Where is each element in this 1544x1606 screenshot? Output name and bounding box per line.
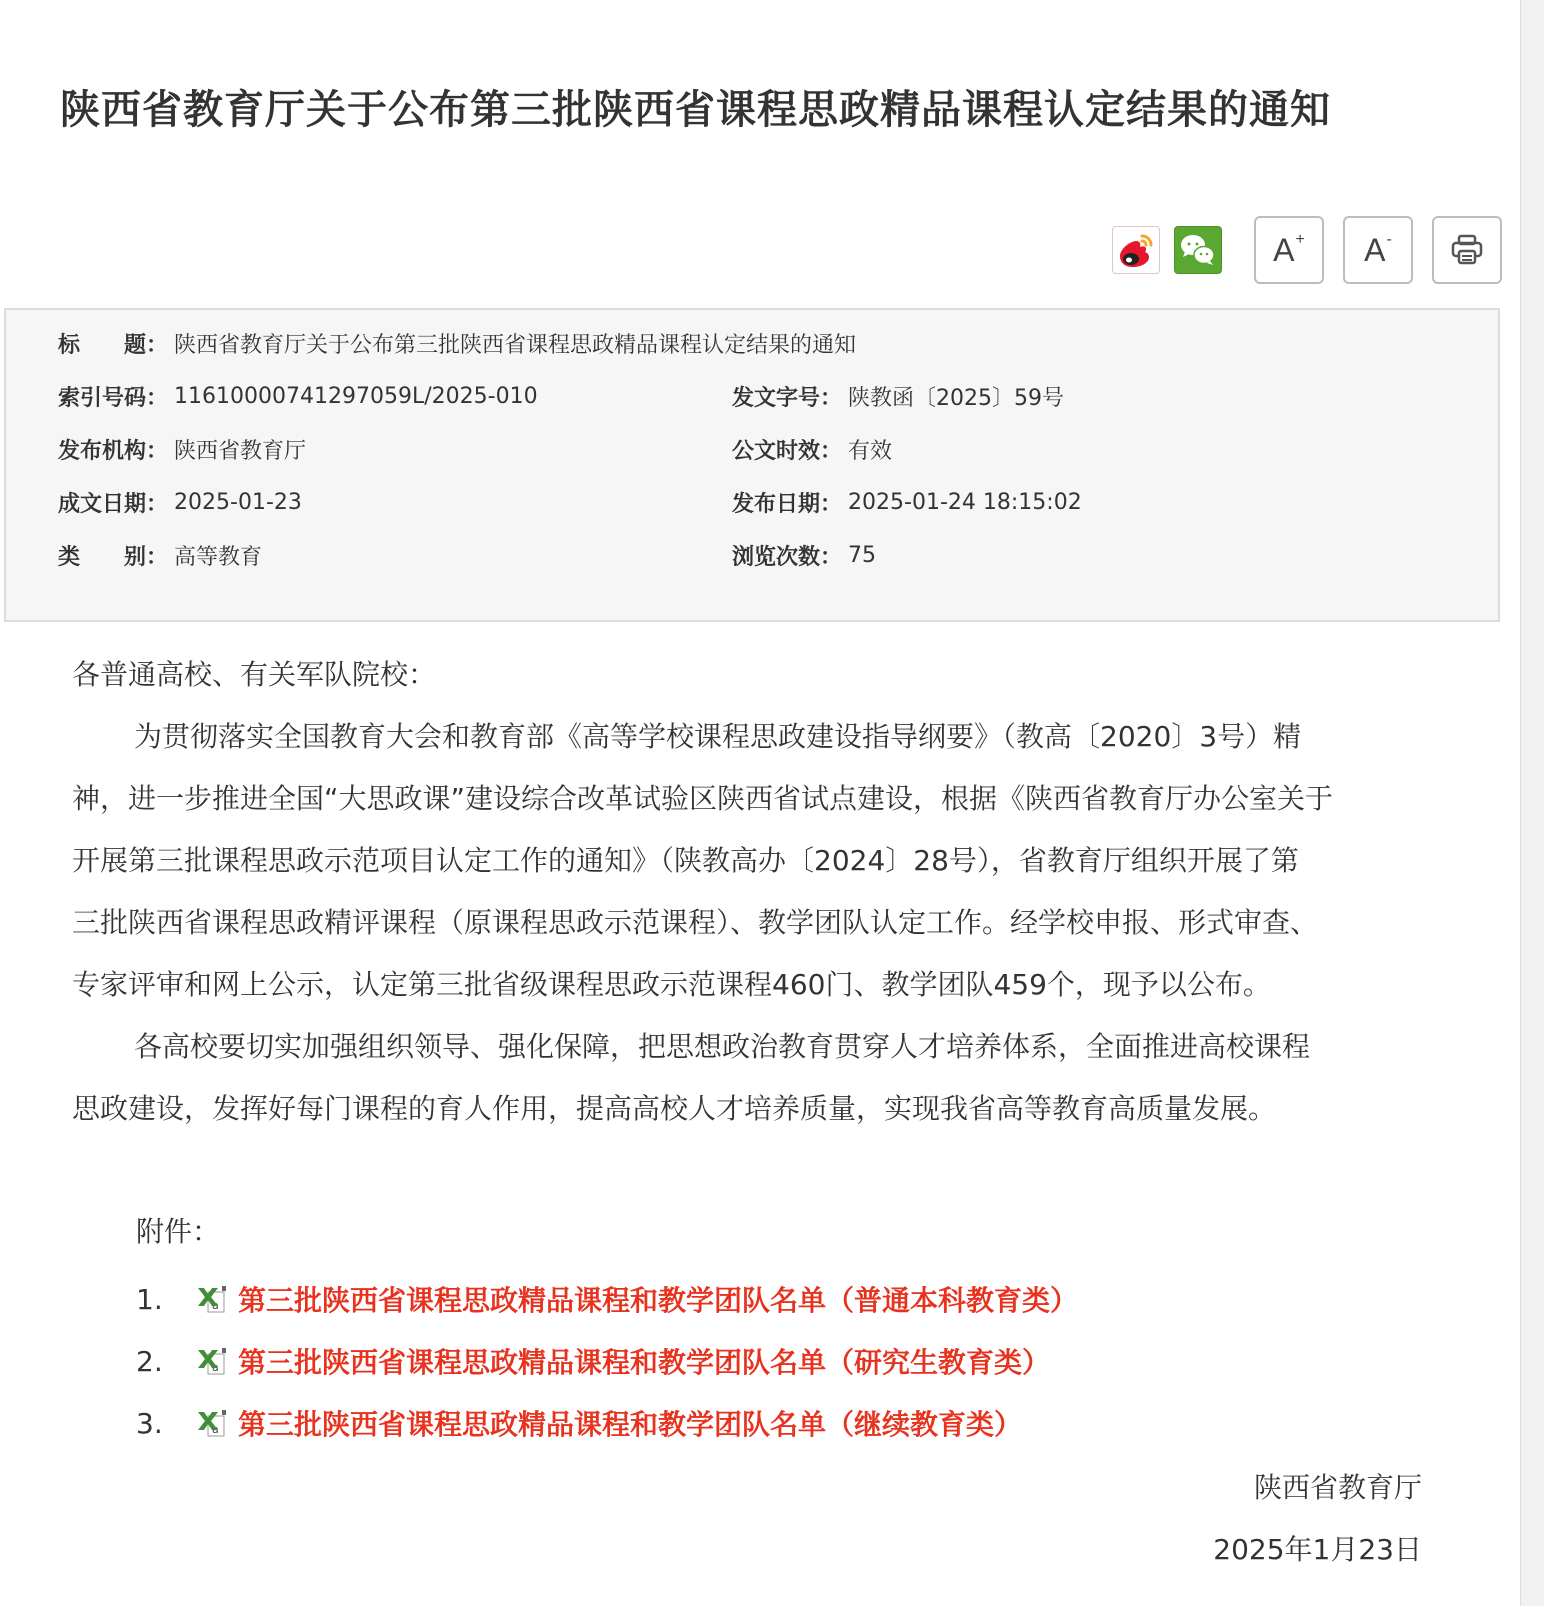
attachment-number: 2.: [136, 1345, 196, 1378]
meta-index-label: 索引号码: [58, 381, 146, 412]
excel-file-icon: a: [196, 1284, 228, 1314]
document-metadata-panel: 标 题：陕西省教育厅关于公布第三批陕西省课程思政精品课程认定结果的通知 索引号码…: [4, 308, 1500, 622]
meta-title-label: 标 题: [58, 328, 146, 359]
meta-colon: ：: [146, 487, 168, 518]
meta-colon: ：: [820, 540, 842, 571]
attachments-list: 1. a 第三批陕西省课程思政精品课程和教学团队名单（普通本科教育类） 2. a: [136, 1268, 1078, 1454]
excel-file-icon: a: [196, 1346, 228, 1376]
excel-file-icon: a: [196, 1408, 228, 1438]
meta-written-date-label: 成文日期: [58, 487, 146, 518]
font-increase-button[interactable]: A+: [1254, 216, 1324, 284]
font-decrease-button[interactable]: A-: [1343, 216, 1413, 284]
wechat-share-button[interactable]: [1174, 226, 1222, 274]
attachment-number: 3.: [136, 1407, 196, 1440]
meta-issuer-row: 发布机构：陕西省教育厅: [58, 434, 306, 464]
article-title: 陕西省教育厅关于公布第三批陕西省课程思政精品课程认定结果的通知: [60, 78, 1480, 135]
meta-validity-label: 公文时效: [732, 434, 820, 465]
attachment-item: 1. a 第三批陕西省课程思政精品课程和教学团队名单（普通本科教育类）: [136, 1268, 1078, 1330]
meta-category-row: 类 别：高等教育: [58, 540, 262, 570]
meta-index-value: 11610000741297059L/2025-010: [174, 384, 538, 409]
meta-written-date-value: 2025-01-23: [174, 490, 302, 515]
meta-written-date-row: 成文日期：2025-01-23: [58, 487, 302, 517]
font-increase-label: A: [1273, 232, 1294, 269]
paragraph-1: 为贯彻落实全国教育大会和教育部《高等学校课程思政建设指导纲要》（教高〔2020〕…: [72, 706, 1452, 1016]
plus-sign: +: [1296, 231, 1305, 249]
paragraph-2: 各高校要切实加强组织领导、强化保障，把思想政治教育贯穿人才培养体系，全面推进高校…: [72, 1016, 1452, 1140]
attachment-link[interactable]: 第三批陕西省课程思政精品课程和教学团队名单（继续教育类）: [238, 1403, 1022, 1443]
meta-colon: ：: [146, 540, 168, 571]
paragraph-line: 三批陕西省课程思政精评课程（原课程思政示范课程）、教学团队认定工作。经学校申报、…: [72, 892, 1452, 954]
paragraph-line: 为贯彻落实全国教育大会和教育部《高等学校课程思政建设指导纲要》（教高〔2020〕…: [72, 706, 1452, 768]
attachment-number: 1.: [136, 1283, 196, 1316]
signature-organization: 陕西省教育厅: [1254, 1466, 1422, 1506]
meta-colon: ：: [820, 381, 842, 412]
printer-icon: [1449, 232, 1485, 268]
attachments-label: 附件：: [136, 1210, 220, 1250]
salutation: 各普通高校、有关军队院校：: [72, 644, 1452, 706]
paragraph-line: 思政建设，发挥好每门课程的育人作用，提高高校人才培养质量，实现我省高等教育高质量…: [72, 1078, 1452, 1140]
meta-views-row: 浏览次数：75: [732, 540, 876, 570]
page: 陕西省教育厅关于公布第三批陕西省课程思政精品课程认定结果的通知: [0, 0, 1544, 1606]
article-content: 陕西省教育厅关于公布第三批陕西省课程思政精品课程认定结果的通知: [0, 0, 1520, 1606]
attachment-item: 2. a 第三批陕西省课程思政精品课程和教学团队名单（研究生教育类）: [136, 1330, 1078, 1392]
meta-doc-no-label: 发文字号: [732, 381, 820, 412]
attachment-link[interactable]: 第三批陕西省课程思政精品课程和教学团队名单（普通本科教育类）: [238, 1279, 1078, 1319]
attachment-item: 3. a 第三批陕西省课程思政精品课程和教学团队名单（继续教育类）: [136, 1392, 1078, 1454]
meta-colon: ：: [820, 487, 842, 518]
meta-colon: ：: [146, 434, 168, 465]
weibo-icon: [1114, 228, 1158, 272]
meta-title-row: 标 题：陕西省教育厅关于公布第三批陕西省课程思政精品课程认定结果的通知: [58, 328, 856, 358]
meta-title-value: 陕西省教育厅关于公布第三批陕西省课程思政精品课程认定结果的通知: [174, 328, 856, 359]
meta-views-value: 75: [848, 543, 876, 568]
meta-index-row: 索引号码：11610000741297059L/2025-010: [58, 381, 538, 411]
vertical-scrollbar[interactable]: [1520, 0, 1544, 1606]
meta-issuer-value: 陕西省教育厅: [174, 434, 306, 465]
meta-doc-no-value: 陕教函〔2025〕59号: [848, 381, 1064, 412]
article-toolbar: A+ A-: [1112, 216, 1502, 284]
meta-category-label: 类 别: [58, 540, 146, 571]
meta-publish-date-value: 2025-01-24 18:15:02: [848, 490, 1082, 515]
paragraph-line: 神，进一步推进全国“大思政课”建设综合改革试验区陕西省试点建设，根据《陕西省教育…: [72, 768, 1452, 830]
meta-validity-value: 有效: [848, 434, 892, 465]
meta-colon: ：: [820, 434, 842, 465]
meta-colon: ：: [146, 328, 168, 359]
minus-sign: -: [1387, 231, 1392, 249]
meta-validity-row: 公文时效：有效: [732, 434, 892, 464]
weibo-share-button[interactable]: [1112, 226, 1160, 274]
paragraph-line: 开展第三批课程思政示范项目认定工作的通知》（陕教高办〔2024〕28号），省教育…: [72, 830, 1452, 892]
signature-date: 2025年1月23日: [1213, 1528, 1422, 1568]
meta-category-value: 高等教育: [174, 540, 262, 571]
paragraph-line: 专家评审和网上公示，认定第三批省级课程思政示范课程460门、教学团队459个，现…: [72, 954, 1452, 1016]
meta-views-label: 浏览次数: [732, 540, 820, 571]
meta-publish-date-row: 发布日期：2025-01-24 18:15:02: [732, 487, 1082, 517]
paragraph-line: 各高校要切实加强组织领导、强化保障，把思想政治教育贯穿人才培养体系，全面推进高校…: [72, 1016, 1452, 1078]
print-button[interactable]: [1432, 216, 1502, 284]
font-decrease-label: A: [1364, 232, 1385, 269]
attachment-link[interactable]: 第三批陕西省课程思政精品课程和教学团队名单（研究生教育类）: [238, 1341, 1050, 1381]
meta-colon: ：: [146, 381, 168, 412]
wechat-icon: [1176, 228, 1220, 272]
meta-issuer-label: 发布机构: [58, 434, 146, 465]
meta-doc-no-row: 发文字号：陕教函〔2025〕59号: [732, 381, 1064, 411]
meta-publish-date-label: 发布日期: [732, 487, 820, 518]
